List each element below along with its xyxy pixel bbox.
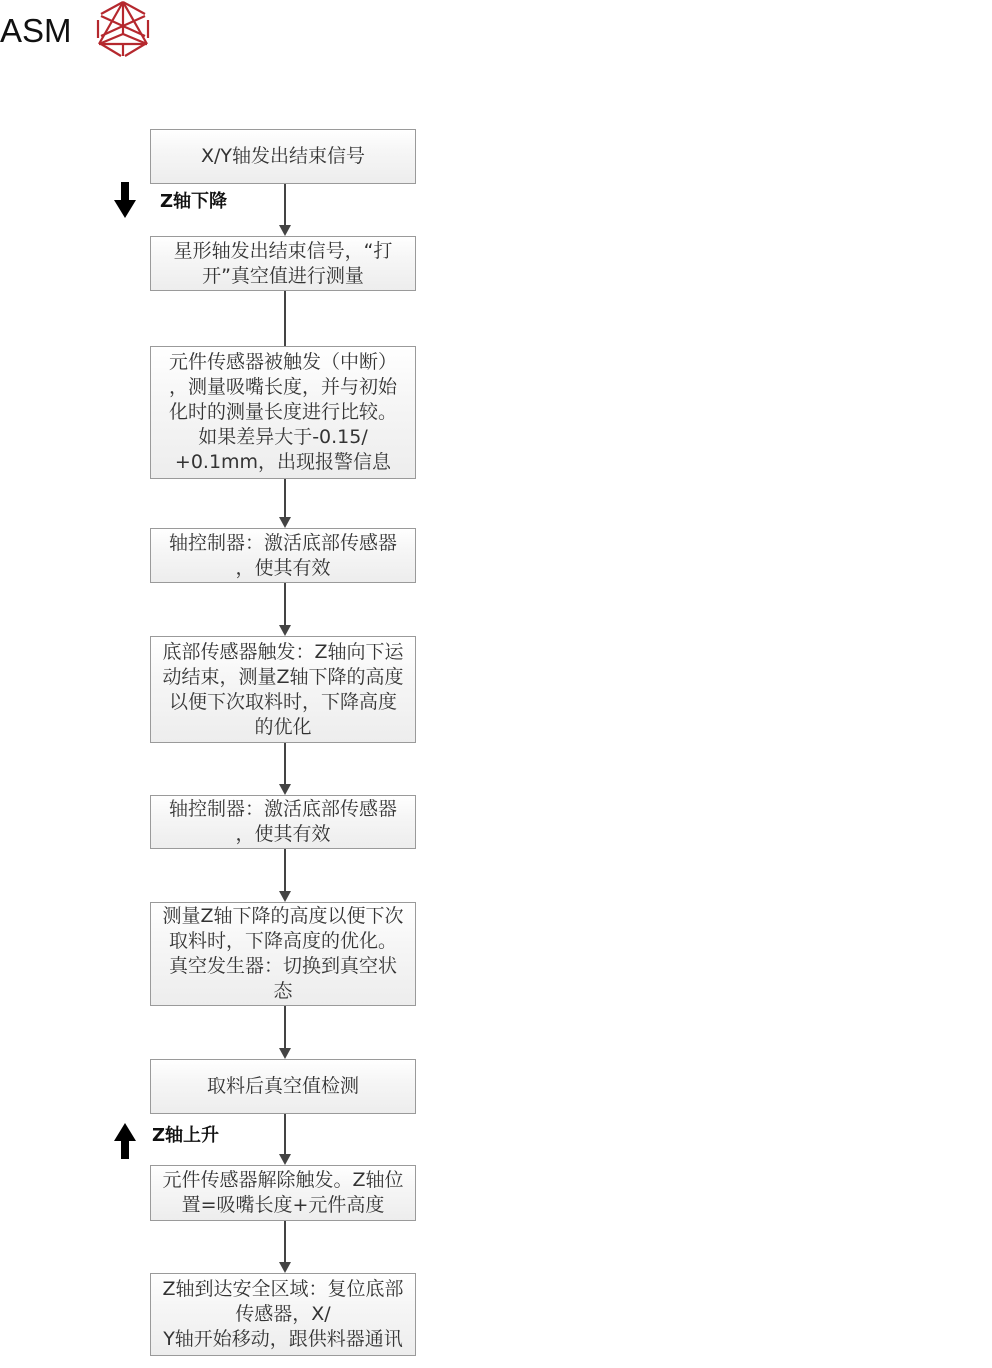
step-text: ，使其有效	[169, 556, 397, 581]
step-text: ，测量吸嘴长度，并与初始	[169, 375, 397, 400]
arrowhead-icon	[279, 784, 291, 795]
step-text: 置=吸嘴长度+元件高度	[162, 1193, 403, 1218]
step-text: 的优化	[162, 715, 403, 740]
step-text: 动结束，测量Z轴下降的高度	[162, 665, 403, 690]
flow-step-xy-end-signal: X/Y轴发出结束信号	[150, 129, 416, 184]
flow-step-vacuum-check-after-pick: 取料后真空值检测	[150, 1059, 416, 1114]
connector-line	[284, 290, 286, 346]
step-text: Z轴到达安全区域：复位底部	[162, 1277, 403, 1302]
connector-line	[284, 848, 286, 891]
step-text: 轴控制器：激活底部传感器	[169, 531, 397, 556]
z-axis-up-label: Z轴上升	[152, 1125, 219, 1147]
step-text: 真空发生器：切换到真空状	[162, 954, 403, 979]
step-text: ，使其有效	[169, 822, 397, 847]
step-text: 星形轴发出结束信号，“打	[174, 239, 393, 264]
step-text: 如果差异大于-0.15/	[169, 425, 397, 450]
arrowhead-icon	[279, 1048, 291, 1059]
step-text: 开”真空值进行测量	[174, 264, 393, 289]
step-text: Y轴开始移动，跟供料器通讯	[162, 1327, 403, 1352]
arrow-down-icon	[114, 182, 136, 218]
connector-line	[284, 742, 286, 784]
flow-step-bottom-sensor-triggered: 底部传感器触发：Z轴向下运 动结束，测量Z轴下降的高度 以便下次取料时，下降高度…	[150, 636, 416, 743]
step-text: 测量Z轴下降的高度以便下次	[162, 904, 403, 929]
step-text: +0.1mm，出现报警信息	[169, 450, 397, 475]
step-text: 元件传感器被触发（中断）	[169, 350, 397, 375]
arrowhead-icon	[279, 1154, 291, 1165]
connector-line	[284, 1005, 286, 1048]
flow-step-component-sensor-released: 元件传感器解除触发。Z轴位 置=吸嘴长度+元件高度	[150, 1165, 416, 1221]
flow-step-activate-bottom-sensor-2: 轴控制器：激活底部传感器 ，使其有效	[150, 795, 416, 849]
step-text: 轴控制器：激活底部传感器	[169, 797, 397, 822]
connector-line	[284, 183, 286, 225]
step-text: 以便下次取料时，下降高度	[162, 690, 403, 715]
arrow-up-icon	[114, 1123, 136, 1159]
flow-step-activate-bottom-sensor-1: 轴控制器：激活底部传感器 ，使其有效	[150, 528, 416, 583]
arrowhead-icon	[279, 225, 291, 236]
flow-step-measure-z-vacuum-switch: 测量Z轴下降的高度以便下次 取料时，下降高度的优化。 真空发生器：切换到真空状 …	[150, 902, 416, 1006]
arrowhead-icon	[279, 517, 291, 528]
step-text: 化时的测量长度进行比较。	[169, 400, 397, 425]
arrowhead-icon	[279, 625, 291, 636]
asm-logo: ASM	[0, 0, 160, 62]
flow-step-star-axis-vacuum-measure: 星形轴发出结束信号，“打 开”真空值进行测量	[150, 236, 416, 291]
step-text: 底部传感器触发：Z轴向下运	[162, 640, 403, 665]
step-text: 传感器，X/	[162, 1302, 403, 1327]
step-text: 取料后真空值检测	[207, 1074, 359, 1099]
connector-line	[284, 478, 286, 517]
flow-step-z-safe-area-xy-move: Z轴到达安全区域：复位底部 传感器，X/ Y轴开始移动，跟供料器通讯	[150, 1273, 416, 1356]
logo-text: ASM	[0, 12, 72, 50]
step-text: X/Y轴发出结束信号	[201, 144, 365, 169]
flow-step-component-sensor-triggered: 元件传感器被触发（中断） ，测量吸嘴长度，并与初始 化时的测量长度进行比较。 如…	[150, 346, 416, 479]
z-axis-down-label: Z轴下降	[160, 191, 227, 213]
asm-hexagon-logo-icon	[95, 0, 151, 58]
step-text: 取料时，下降高度的优化。	[162, 929, 403, 954]
arrowhead-icon	[279, 891, 291, 902]
arrowhead-icon	[279, 1262, 291, 1273]
step-text: 元件传感器解除触发。Z轴位	[162, 1168, 403, 1193]
connector-line	[284, 582, 286, 625]
connector-line	[284, 1113, 286, 1154]
connector-line	[284, 1220, 286, 1262]
step-text: 态	[162, 979, 403, 1004]
